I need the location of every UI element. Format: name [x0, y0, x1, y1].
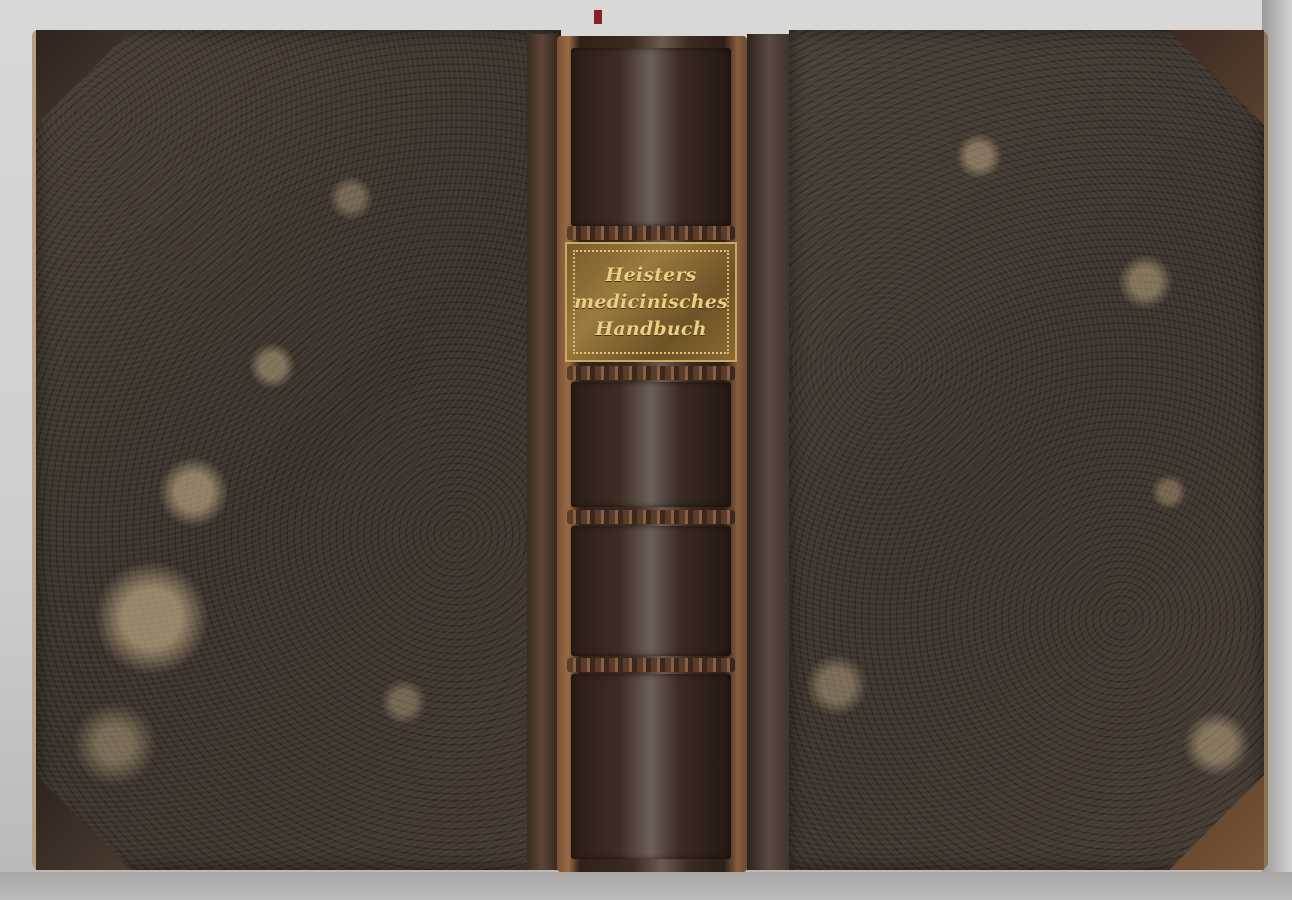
- spine-panel-1: [571, 48, 731, 226]
- spine-panel-4: [571, 674, 731, 859]
- spine-raised-band: [567, 658, 735, 672]
- leather-corner-bottom-left: [36, 775, 131, 870]
- spine-raised-band: [567, 366, 735, 380]
- spine-raised-band: [567, 510, 735, 524]
- back-board: [32, 30, 561, 870]
- spine-title-label: Heisters medicinisches Handbuch: [565, 242, 737, 362]
- leather-corner-top-left: [36, 30, 131, 125]
- label-gilt-border: Heisters medicinisches Handbuch: [573, 250, 729, 354]
- spine-joint-left: [527, 34, 557, 870]
- spine-panel-2: [571, 382, 731, 507]
- book: Heisters medicinisches Handbuch: [32, 26, 1264, 874]
- spine-panel-3: [571, 526, 731, 656]
- label-line-2: medicinisches: [574, 289, 728, 316]
- leather-corner-top-right: [1169, 30, 1264, 125]
- front-board: [789, 30, 1268, 870]
- bookmark-ribbon: [594, 10, 602, 24]
- label-line-3: Handbuch: [595, 316, 706, 343]
- background-surface: [0, 872, 1292, 900]
- label-line-1: Heisters: [605, 262, 696, 289]
- spine-joint-right: [747, 34, 792, 870]
- spine: Heisters medicinisches Handbuch: [557, 36, 747, 872]
- leather-corner-bottom-right: [1169, 775, 1264, 870]
- spine-raised-band: [567, 226, 735, 240]
